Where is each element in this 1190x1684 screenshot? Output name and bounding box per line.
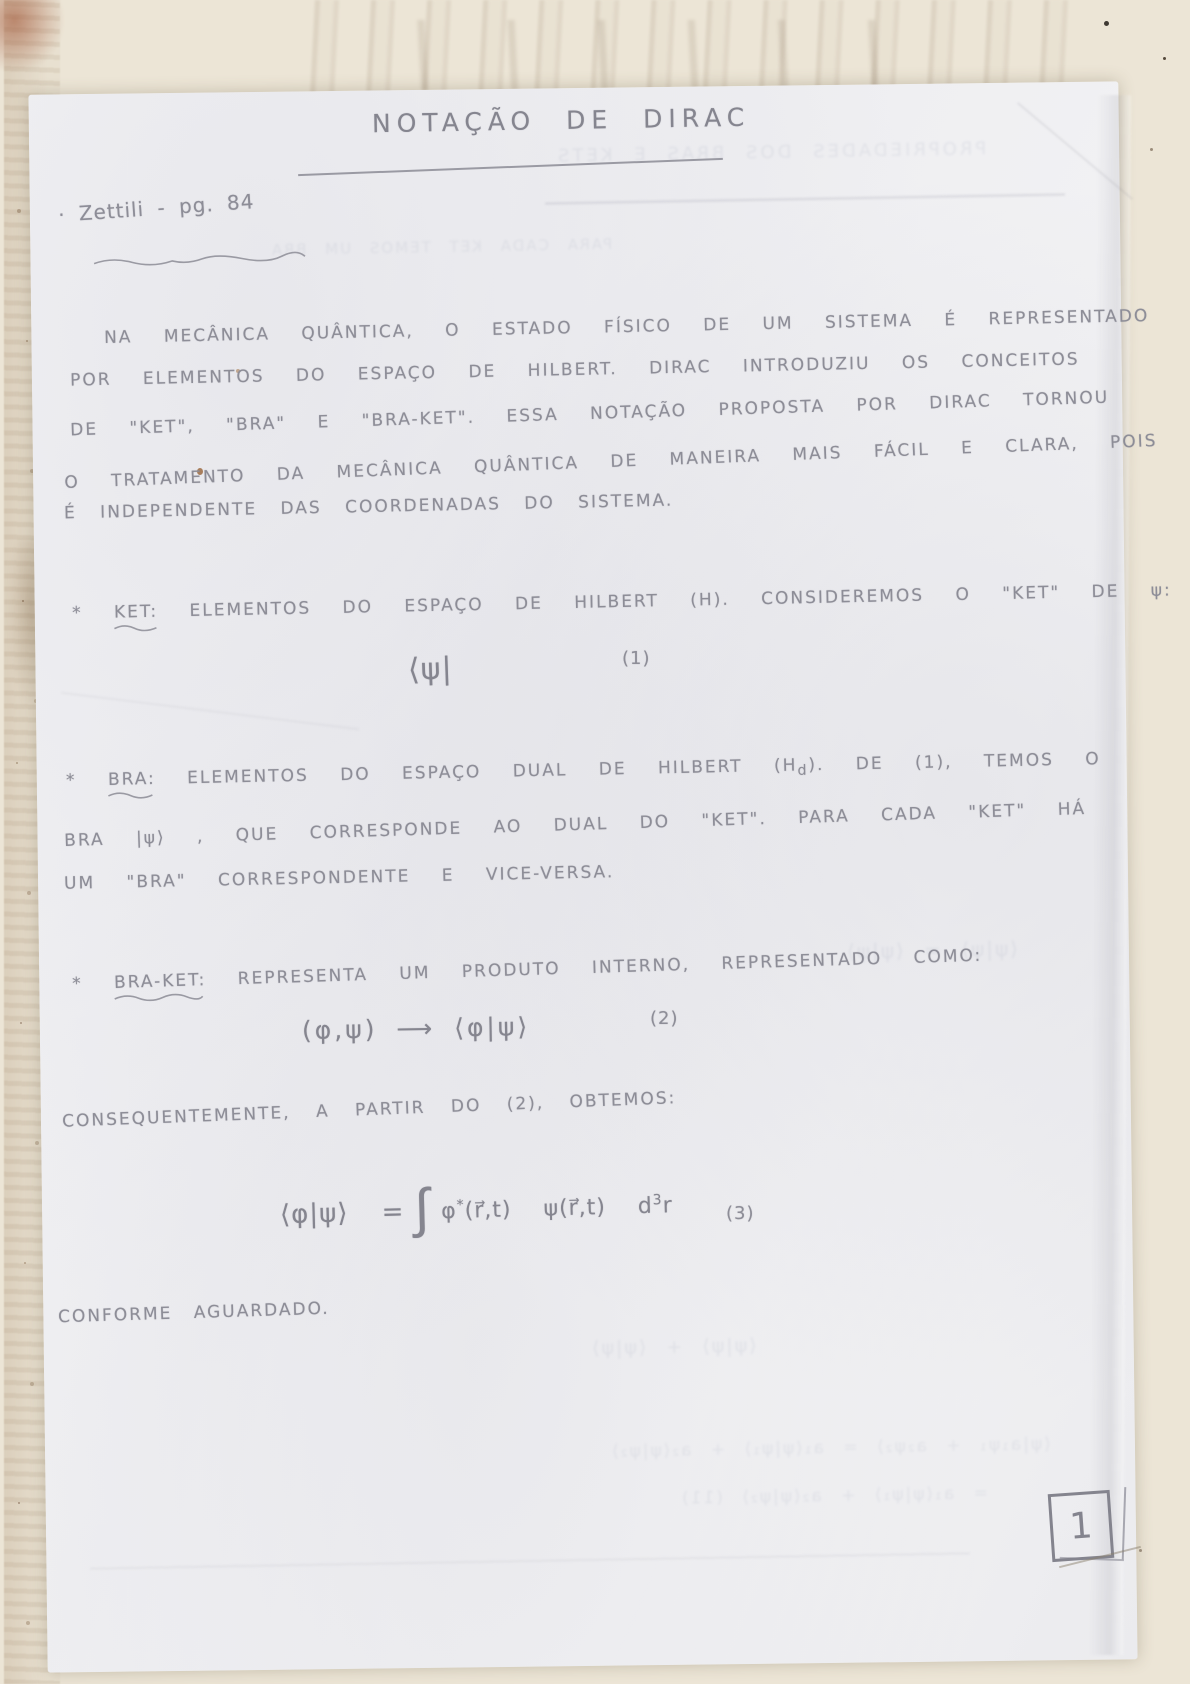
page-number-box: 1	[1048, 1490, 1115, 1562]
integral-sign: ∫	[414, 1181, 432, 1235]
ket-wavy-underline	[112, 622, 158, 635]
bra-wavy-underline	[106, 789, 154, 802]
equation-1: ⟨ψ|	[407, 651, 453, 688]
ket-keyword: KET:	[114, 602, 159, 623]
equation-3-integrand: φ*(r⃗,t) ψ(r⃗,t) d3r	[441, 1192, 673, 1224]
bra-keyword: BRA:	[108, 769, 156, 790]
page-number: 1	[1068, 1505, 1094, 1547]
top-left-red-smudge	[0, 0, 64, 72]
equation-1-label: (1)	[622, 648, 651, 669]
bleed-through-text: ⟨ψ|ψ⟩ + ⟨ψ|ψ⟩	[590, 1335, 757, 1360]
equation-3: ⟨φ|ψ⟩ = ∫ φ*(r⃗,t) ψ(r⃗,t) d3r	[279, 1181, 673, 1239]
ket-marker: *	[72, 603, 83, 623]
top-edge-stains-2	[380, 20, 900, 90]
braket-keyword: BRA-KET:	[114, 970, 207, 993]
equation-2: (φ,ψ) ⟶ ⟨φ|ψ⟩	[302, 1012, 531, 1045]
equation-2-label: (2)	[650, 1008, 679, 1029]
scanned-notes-page: PROPRIEDADES DOS BRAS E KETS PARA CADA K…	[0, 0, 1190, 1684]
bra-marker: *	[66, 771, 77, 791]
reference-bullet: ·	[57, 202, 66, 226]
braket-marker: *	[72, 974, 83, 994]
equation-3-label: (3)	[726, 1203, 755, 1224]
dust-specks	[0, 0, 3, 3]
equation-3-lhs: ⟨φ|ψ⟩ =	[280, 1197, 405, 1230]
